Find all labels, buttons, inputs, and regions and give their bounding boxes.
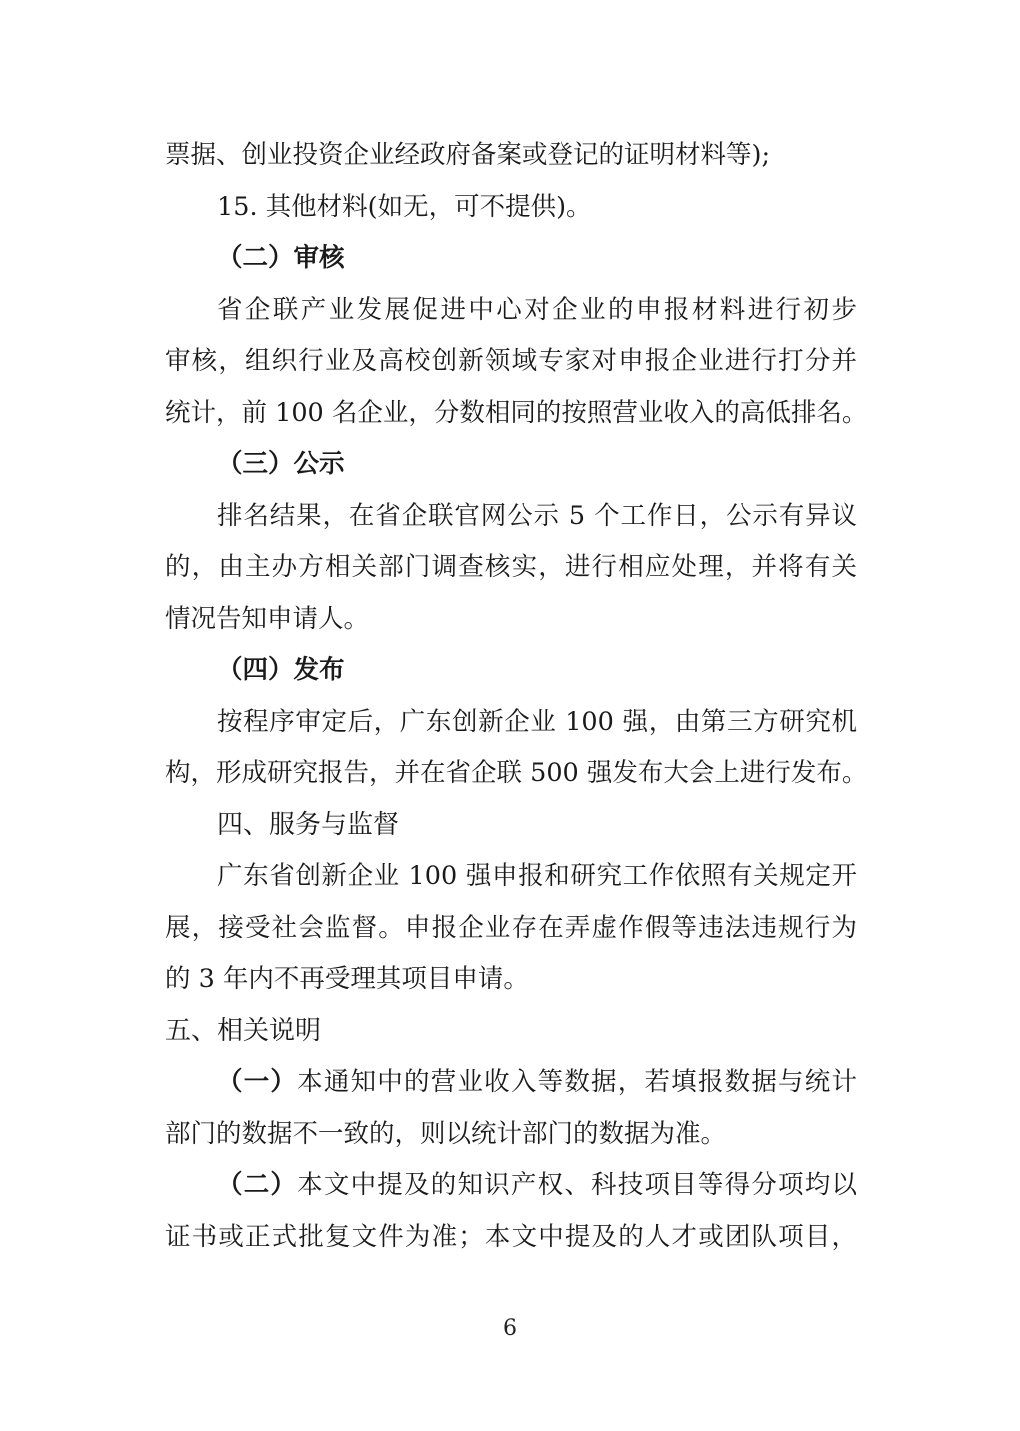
body-line: 广东省创新企业 100 强申报和研究工作依照有关规定开: [165, 854, 857, 906]
body-line: 展，接受社会监督。申报企业存在弄虚作假等违法违规行为: [165, 906, 857, 958]
body-line: 省企联产业发展促进中心对企业的申报材料进行初步: [165, 288, 857, 340]
body-line-prefixed: （一）本通知中的营业收入等数据，若填报数据与统计: [165, 1060, 857, 1112]
body-line: 部门的数据不一致的，则以统计部门的数据为准。: [165, 1112, 857, 1164]
body-line: 审核，组织行业及高校创新领域专家对申报企业进行打分并: [165, 339, 857, 391]
item-prefix: （二）: [217, 1170, 297, 1200]
body-line: 证书或正式批复文件为准；本文中提及的人才或团队项目，: [165, 1215, 857, 1267]
body-line: 统计，前 100 名企业，分数相同的按照营业收入的高低排名。: [165, 391, 857, 443]
body-line: 情况告知申请人。: [165, 597, 857, 649]
item-text: 本文中提及的知识产权、科技项目等得分项均以: [297, 1170, 857, 1200]
item-prefix: （一）: [217, 1067, 297, 1097]
body-line: 按程序审定后，广东创新企业 100 强，由第三方研究机: [165, 700, 857, 752]
subheading-release: （四）发布: [165, 648, 857, 700]
item-text: 本通知中的营业收入等数据，若填报数据与统计: [297, 1067, 857, 1097]
body-line: 排名结果，在省企联官网公示 5 个工作日，公示有异议: [165, 494, 857, 546]
body-line: 构，形成研究报告，并在省企联 500 强发布大会上进行发布。: [165, 751, 857, 803]
subheading-review: （二）审核: [165, 236, 857, 288]
body-line: 票据、创业投资企业经政府备案或登记的证明材料等);: [165, 133, 857, 185]
body-line: 的 3 年内不再受理其项目申请。: [165, 957, 857, 1009]
body-line: 的，由主办方相关部门调查核实，进行相应处理，并将有关: [165, 545, 857, 597]
body-line-prefixed: （二）本文中提及的知识产权、科技项目等得分项均以: [165, 1163, 857, 1215]
section-heading-service-supervision: 四、服务与监督: [165, 803, 857, 855]
section-heading-related-notes: 五、相关说明: [165, 1009, 857, 1061]
document-page: 票据、创业投资企业经政府备案或登记的证明材料等); 15. 其他材料(如无，可不…: [165, 133, 857, 1266]
page-number: 6: [0, 1316, 1020, 1341]
subheading-publicity: （三）公示: [165, 442, 857, 494]
list-item-15: 15. 其他材料(如无，可不提供)。: [165, 185, 857, 237]
